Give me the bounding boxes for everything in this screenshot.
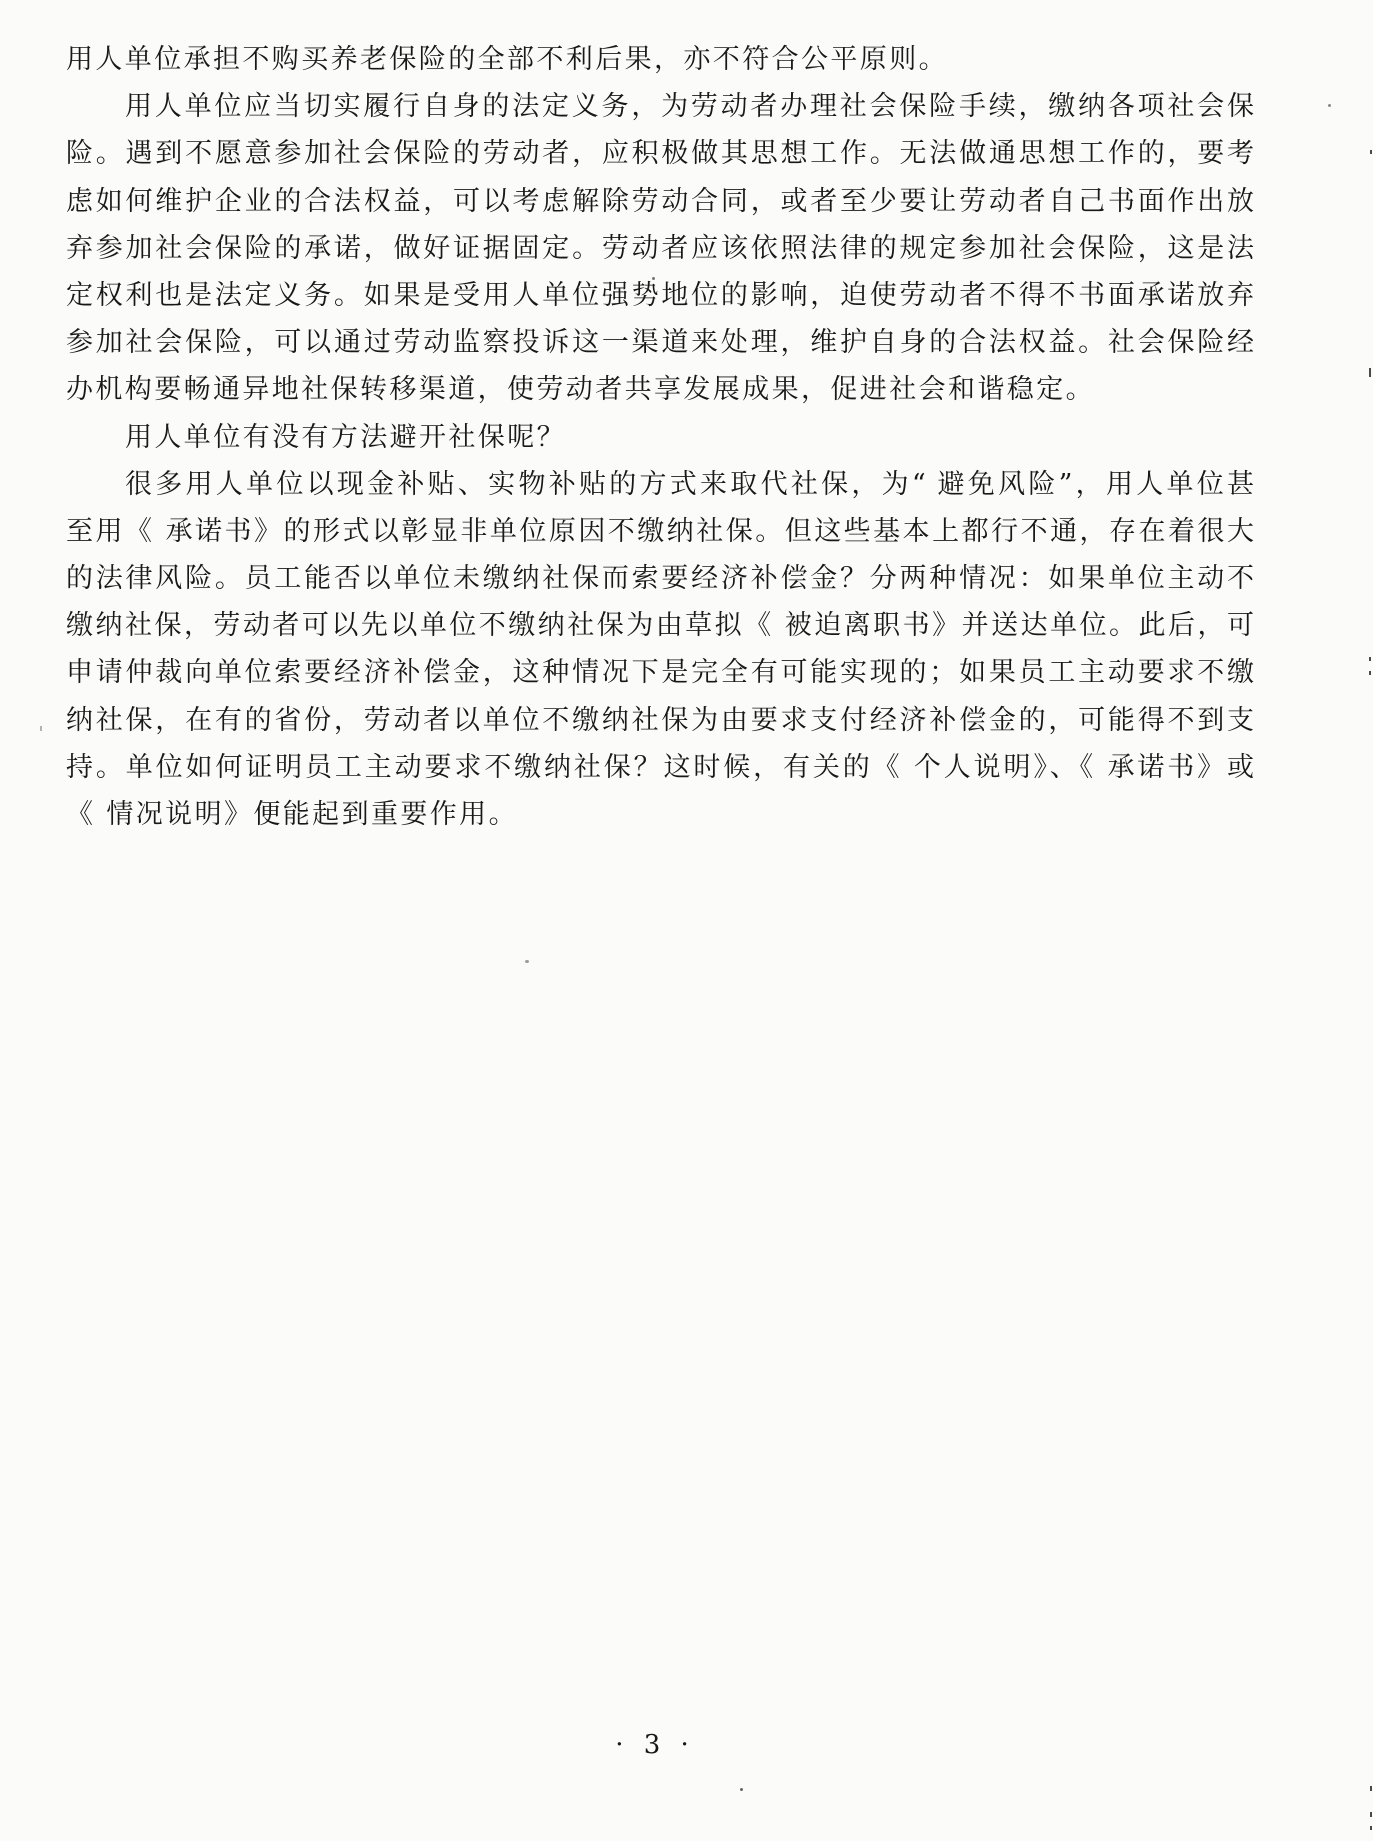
text-line: 持。单位如何证明员工主动要求不缴纳社保？这时候，有关的《 个人说明》、《 承诺书… bbox=[66, 744, 1254, 791]
body-text: 用人单位承担不购买养老保险的全部不利后果，亦不符合公平原则。 用人单位应当切实履… bbox=[66, 36, 1254, 838]
text-line: 《 情况说明》便能起到重要作用。 bbox=[66, 791, 1254, 838]
scan-edge-artifact bbox=[1370, 1786, 1372, 1791]
scan-speck bbox=[1328, 104, 1331, 107]
scan-speck bbox=[740, 1788, 743, 1791]
text-line: 很多用人单位以现金补贴、实物补贴的方式来取代社保，为“ 避免风险”，用人单位甚 bbox=[66, 461, 1254, 508]
scan-edge-artifact bbox=[1370, 150, 1372, 154]
text-line: 虑如何维护企业的合法权益，可以考虑解除劳动合同，或者至少要让劳动者自己书面作出放 bbox=[66, 178, 1254, 225]
scan-edge-artifact bbox=[1370, 1812, 1372, 1817]
text-line: 至用《 承诺书》的形式以彰显非单位原因不缴纳社保。但这些基本上都行不通，存在着很… bbox=[66, 508, 1254, 555]
scan-speck bbox=[525, 960, 529, 963]
text-line: 定权利也是法定义务。如果是受用人单位强势地位的影响，迫使劳动者不得不书面承诺放弃 bbox=[66, 272, 1254, 319]
scan-speck bbox=[40, 726, 42, 731]
text-line: 的法律风险。员工能否以单位未缴纳社保而索要经济补偿金？分两种情况：如果单位主动不 bbox=[66, 555, 1254, 602]
text-line: 用人单位有没有方法避开社保呢？ bbox=[66, 414, 1254, 461]
scan-edge-artifact bbox=[1369, 657, 1371, 661]
page-number: · 3 · bbox=[0, 1730, 1310, 1760]
text-line: 用人单位应当切实履行自身的法定义务，为劳动者办理社会保险手续，缴纳各项社会保 bbox=[66, 83, 1254, 130]
text-line: 办机构要畅通异地社保转移渠道，使劳动者共享发展成果，促进社会和谐稳定。 bbox=[66, 366, 1254, 413]
text-line: 缴纳社保，劳动者可以先以单位不缴纳社保为由草拟《 被迫离职书》并送达单位。此后，… bbox=[66, 602, 1254, 649]
scan-edge-artifact bbox=[1369, 671, 1371, 675]
text-line: 用人单位承担不购买养老保险的全部不利后果，亦不符合公平原则。 bbox=[66, 36, 1254, 83]
scan-edge-artifact bbox=[1370, 1826, 1372, 1830]
text-line: 纳社保，在有的省份，劳动者以单位不缴纳社保为由要求支付经济补偿金的，可能得不到支 bbox=[66, 697, 1254, 744]
text-line: 申请仲裁向单位索要经济补偿金，这种情况下是完全有可能实现的；如果员工主动要求不缴 bbox=[66, 649, 1254, 696]
document-page: 用人单位承担不购买养老保险的全部不利后果，亦不符合公平原则。 用人单位应当切实履… bbox=[0, 0, 1373, 1841]
text-line: 弃参加社会保险的承诺，做好证据固定。劳动者应该依照法律的规定参加社会保险，这是法 bbox=[66, 225, 1254, 272]
text-line: 险。遇到不愿意参加社会保险的劳动者，应积极做其思想工作。无法做通思想工作的，要考 bbox=[66, 130, 1254, 177]
scan-edge-artifact bbox=[1369, 368, 1371, 377]
scan-speck bbox=[652, 277, 655, 280]
text-line: 参加社会保险，可以通过劳动监察投诉这一渠道来处理，维护自身的合法权益。社会保险经 bbox=[66, 319, 1254, 366]
